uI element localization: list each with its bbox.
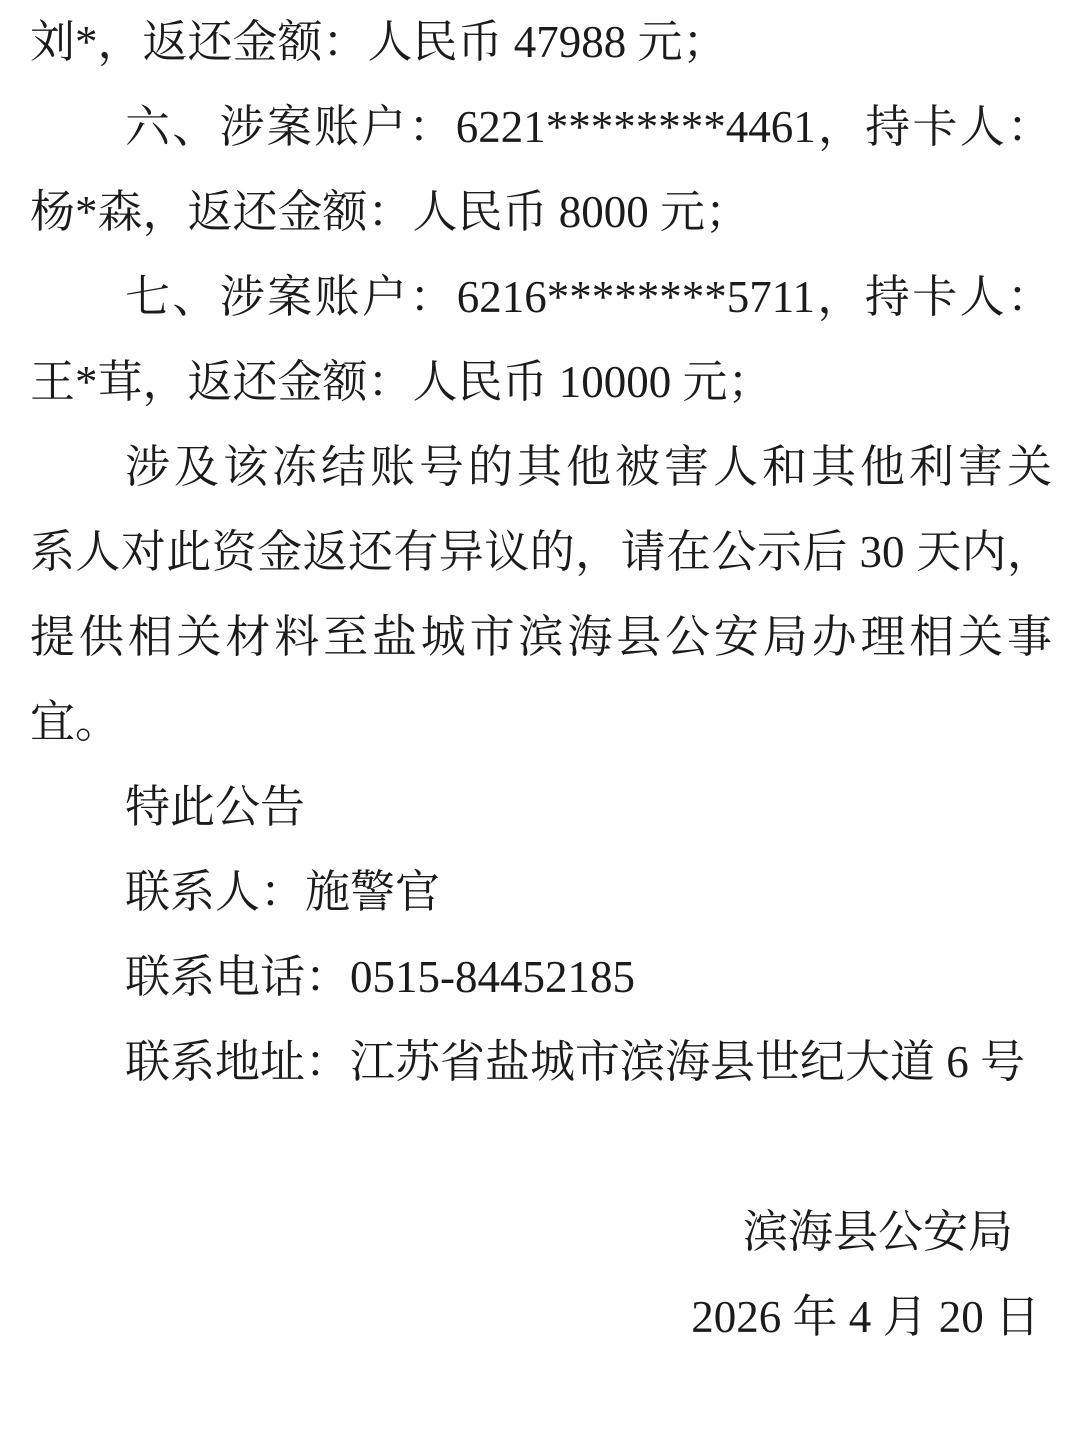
- account-line-seven: 七、涉案账户：6216********5711，持卡人：: [30, 255, 1052, 340]
- objection-paragraph-line-4: 宜。: [30, 680, 1052, 765]
- notice-document: 刘*，返还金额：人民币 47988 元； 六、涉案账户：6221********…: [0, 0, 1080, 1446]
- signature-date: 2026 年 4 月 20 日: [30, 1275, 1052, 1360]
- contact-person-line: 联系人：施警官: [30, 850, 1052, 935]
- account-line-six: 六、涉案账户：6221********4461，持卡人：: [30, 85, 1052, 170]
- blank-spacer: [30, 1105, 1052, 1190]
- signature-issuer: 滨海县公安局: [30, 1190, 1052, 1275]
- objection-paragraph-line-1: 涉及该冻结账号的其他被害人和其他利害关: [30, 425, 1052, 510]
- closing-line: 特此公告: [30, 765, 1052, 850]
- contact-address-line: 联系地址：江苏省盐城市滨海县世纪大道 6 号: [30, 1020, 1052, 1105]
- refund-line-wang: 王*茸，返还金额：人民币 10000 元；: [30, 340, 1052, 425]
- objection-paragraph-line-2: 系人对此资金返还有异议的，请在公示后 30 天内，: [30, 510, 1052, 595]
- refund-line-liu: 刘*，返还金额：人民币 47988 元；: [30, 0, 1052, 85]
- contact-phone-line: 联系电话：0515-84452185: [30, 935, 1052, 1020]
- notice-body: 刘*，返还金额：人民币 47988 元； 六、涉案账户：6221********…: [0, 0, 1080, 1360]
- refund-line-yang: 杨*森，返还金额：人民币 8000 元；: [30, 170, 1052, 255]
- objection-paragraph-line-3: 提供相关材料至盐城市滨海县公安局办理相关事: [30, 595, 1052, 680]
